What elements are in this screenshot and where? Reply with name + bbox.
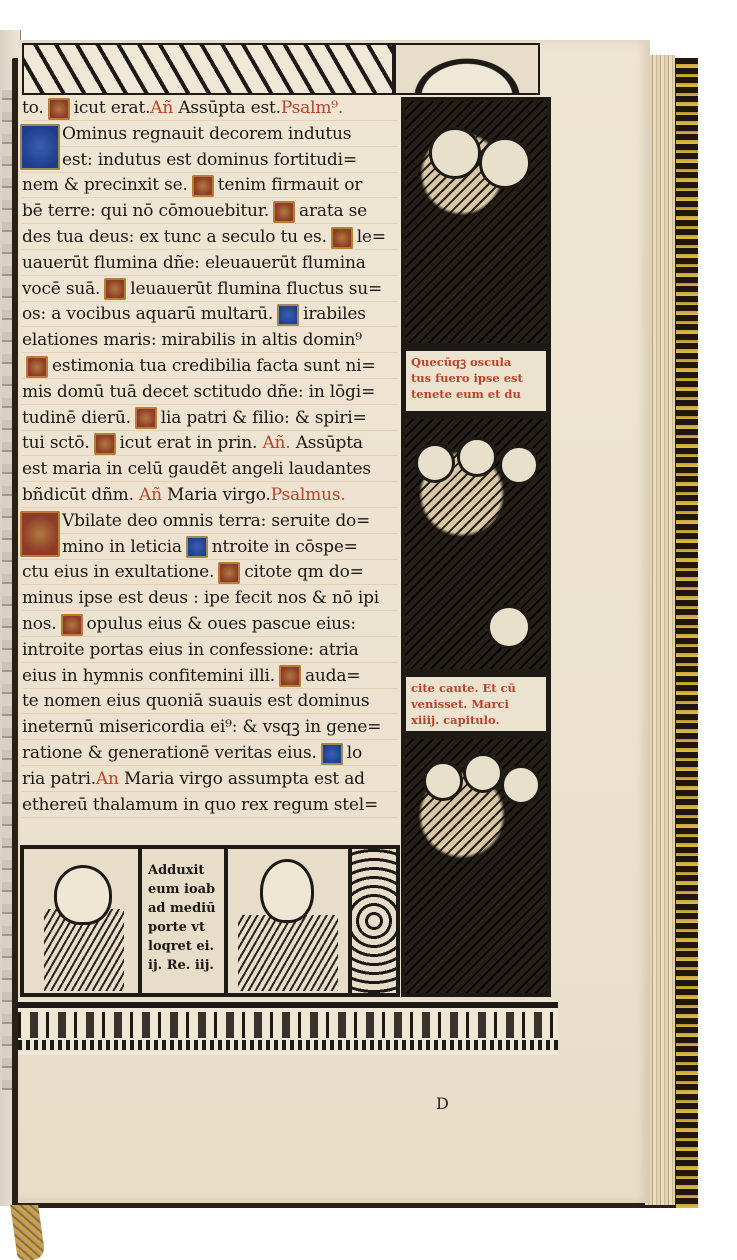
- caption-line: ad mediū: [148, 899, 220, 918]
- body-text: te nomen eius quoniā suauis est dominus: [22, 691, 369, 711]
- figure-head-icon: [501, 765, 541, 805]
- body-text: minus ipse est deus : ipe fecit nos & nō…: [22, 588, 379, 608]
- side-caption-1: Quecūqꝫ oscula tus fuero ipse est tenete…: [401, 347, 551, 415]
- caption-line: ij. Re. iij.: [148, 956, 220, 975]
- caption-line: tus fuero ipse est: [411, 370, 541, 386]
- illuminated-initial-blue-icon: [321, 743, 343, 765]
- body-text: mis domū tuā decet sctitudo dñe: in lōgi…: [22, 382, 375, 402]
- caption-line: eum ioab: [148, 880, 220, 899]
- rubric-text: Añ.: [257, 433, 290, 453]
- figure-head-icon: [415, 443, 455, 483]
- caption-line: porte vt: [148, 918, 220, 937]
- body-text: Maria virgo assumpta est ad: [119, 769, 365, 789]
- text-line: te nomen eius quoniā suauis est dominus: [22, 689, 398, 714]
- caption-line: Quecūqꝫ oscula: [411, 354, 541, 370]
- text-line: uauerūt flumina dñe: eleuauerūt flumina: [22, 251, 398, 276]
- body-text: os: a vocibus aquarū multarū.: [22, 304, 273, 324]
- body-text: ethereū thalamum in quo rex regum stel=: [22, 795, 378, 815]
- text-line: mino in leticiantroite in cōspe=: [22, 535, 398, 560]
- text-line: nos.opulus eius & oues pascue eius:: [22, 612, 398, 637]
- signature-mark: D: [436, 1094, 449, 1113]
- text-line: ethereū thalamum in quo rex regum stel=: [22, 793, 398, 818]
- illuminated-initial-red-icon: [331, 227, 353, 249]
- body-text: bñdicūt dñm.: [22, 485, 134, 505]
- body-text: icut erat in prin.: [120, 433, 258, 453]
- text-line: tudinē dierū.lia patri & filio: & spiri=: [22, 406, 398, 431]
- text-line: mis domū tuā decet sctitudo dñe: in lōgi…: [22, 380, 398, 405]
- text-line: bñdicūt dñm. Añ Maria virgo.Psalmus.: [22, 483, 398, 508]
- woodcut-crowd-scene: [401, 415, 551, 673]
- bottom-caption-box: Adduxit eum ioab ad mediū porte vt loqre…: [142, 849, 224, 993]
- body-text: tui sctō.: [22, 433, 90, 453]
- woodcut-betrayal-scene: [401, 97, 551, 347]
- text-line: ratione & generationē veritas eius.lo: [22, 741, 398, 766]
- border-bar: [18, 1002, 558, 1008]
- text-line: os: a vocibus aquarū multarū.irabiles: [22, 302, 398, 327]
- acanthus-ornament: [352, 849, 396, 993]
- body-text: estimonia tua credibilia facta sunt ni=: [52, 356, 375, 376]
- side-caption-2: cite caute. Et cū venisset. Marci xiiij.…: [401, 673, 551, 735]
- illuminated-initial-red-icon: [135, 407, 157, 429]
- text-line: nem & precinxit se.tenim firmauit or: [22, 173, 398, 198]
- caption-line: cite caute. Et cū: [411, 680, 541, 696]
- body-text: ineternū misericordia ei⁹: & vsqꝫ in gen…: [22, 717, 381, 737]
- bookmark-ribbon: [10, 1205, 46, 1260]
- figure-robe: [238, 915, 338, 991]
- body-text: lia patri & filio: & spiri=: [161, 408, 367, 428]
- rubric-text: Añ: [134, 485, 162, 505]
- text-line: tui sctō.icut erat in prin. Añ. Assūpta: [22, 431, 398, 456]
- body-text: Ominus regnauit decorem indutus: [62, 124, 351, 144]
- body-text: mino in leticia: [62, 537, 182, 557]
- text-line: estimonia tua credibilia facta sunt ni=: [22, 354, 398, 379]
- text-line: to.icut erat.Añ Assūpta est.Psalm⁹.: [22, 96, 398, 121]
- side-woodcut-column: Quecūqꝫ oscula tus fuero ipse est tenete…: [401, 97, 551, 997]
- text-line: elationes maris: mirabilis in altis domi…: [22, 328, 398, 353]
- text-line: est maria in celū gaudēt angeli laudante…: [22, 457, 398, 482]
- figure-head-icon: [499, 445, 539, 485]
- rubric-text: An: [96, 769, 119, 789]
- illuminated-initial-red-icon: [94, 433, 116, 455]
- text-line: ineternū misericordia ei⁹: & vsqꝫ in gen…: [22, 715, 398, 740]
- illuminated-initial-red-icon: [48, 98, 70, 120]
- body-text: est: indutus est dominus fortitudi=: [62, 150, 357, 170]
- body-text: Maria virgo.: [162, 485, 271, 505]
- woodcut-seated-figure: [228, 849, 348, 993]
- large-illuminated-initial-icon: [20, 511, 60, 557]
- text-line: ria patri.An Maria virgo assumpta est ad: [22, 767, 398, 792]
- body-text: vocē suā.: [22, 279, 100, 299]
- body-text: auda=: [305, 666, 360, 686]
- illuminated-initial-red-icon: [104, 278, 126, 300]
- body-text: elationes maris: mirabilis in altis domi…: [22, 330, 362, 350]
- illuminated-initial-red-icon: [218, 562, 240, 584]
- figure-head-icon: [487, 605, 531, 649]
- rubric-text: Añ: [150, 98, 173, 118]
- body-text: citote qm do=: [244, 562, 364, 582]
- text-line: minus ipse est deus : ipe fecit nos & nō…: [22, 586, 398, 611]
- figure-head-icon: [429, 127, 481, 179]
- text-line: introite portas eius in confessione: atr…: [22, 638, 398, 663]
- body-text: ria patri.: [22, 769, 96, 789]
- figure-head-icon: [457, 437, 497, 477]
- body-text: nem & precinxit se.: [22, 175, 188, 195]
- illuminated-initial-red-icon: [61, 614, 83, 636]
- body-text: des tua deus: ex tunc a seculo tu es.: [22, 227, 327, 247]
- woodcut-soldiers-scene: [401, 735, 551, 997]
- caption-line: Adduxit: [148, 861, 220, 880]
- body-text: irabiles: [303, 304, 366, 324]
- body-text: nos.: [22, 614, 57, 634]
- body-text: le=: [357, 227, 386, 247]
- body-text: Vbilate deo omnis terra: seruite do=: [62, 511, 370, 531]
- body-text: bē terre: qui nō cōmouebitur.: [22, 201, 269, 221]
- border-fringe: [18, 1040, 558, 1050]
- illuminated-initial-red-icon: [279, 665, 301, 687]
- foliage-ornament: [24, 45, 392, 93]
- body-text: est maria in celū gaudēt angeli laudante…: [22, 459, 371, 479]
- text-line: Ominus regnauit decorem indutus: [22, 122, 398, 147]
- text-line: vocē suā.leuauerūt flumina fluctus su=: [22, 277, 398, 302]
- body-text: icut erat.: [74, 98, 151, 118]
- caption-line: xiiij. capitulo.: [411, 712, 541, 728]
- illuminated-initial-blue-icon: [277, 304, 299, 326]
- figure-head-icon: [423, 761, 463, 801]
- woodcut-bottom-border: [18, 1000, 558, 1055]
- body-text: uauerūt flumina dñe: eleuauerūt flumina: [22, 253, 366, 273]
- body-text: leuauerūt flumina fluctus su=: [130, 279, 382, 299]
- figure-head-icon: [260, 859, 314, 923]
- caption-line: venisset. Marci: [411, 696, 541, 712]
- figure-head-icon: [479, 137, 531, 189]
- body-text: ratione & generationē veritas eius.: [22, 743, 317, 763]
- body-text: to.: [22, 98, 44, 118]
- caption-line: tenete eum et du: [411, 386, 541, 402]
- figure-head-icon: [54, 865, 112, 925]
- text-line: Vbilate deo omnis terra: seruite do=: [22, 509, 398, 534]
- border-arcade: [18, 1012, 558, 1038]
- text-line: est: indutus est dominus fortitudi=: [22, 148, 398, 173]
- rubric-text: Psalm⁹.: [281, 98, 343, 118]
- body-text: tudinē dierū.: [22, 408, 131, 428]
- illuminated-initial-blue-icon: [186, 536, 208, 558]
- body-text: introite portas eius in confessione: atr…: [22, 640, 359, 660]
- text-line: eius in hymnis confitemini illi.auda=: [22, 664, 398, 689]
- rubric-text: Psalmus.: [271, 485, 346, 505]
- body-text: opulus eius & oues pascue eius:: [87, 614, 356, 634]
- figure-head-icon: [463, 753, 503, 793]
- arch-ornament: [396, 45, 538, 93]
- body-text: ntroite in cōspe=: [212, 537, 358, 557]
- body-text: arata se: [299, 201, 367, 221]
- text-line: ctu eius in exultatione.citote qm do=: [22, 560, 398, 585]
- body-text: lo: [347, 743, 362, 763]
- woodcut-bottom-panel: Adduxit eum ioab ad mediū porte vt loqre…: [20, 845, 400, 997]
- text-line: bē terre: qui nō cōmouebitur.arata se: [22, 199, 398, 224]
- main-text-column: to.icut erat.Añ Assūpta est.Psalm⁹.Ominu…: [22, 96, 398, 836]
- body-text: Assūpta est.: [173, 98, 281, 118]
- gilt-tooled-edge: [676, 58, 698, 1208]
- text-line: des tua deus: ex tunc a seculo tu es.le=: [22, 225, 398, 250]
- illuminated-initial-red-icon: [192, 175, 214, 197]
- body-text: ctu eius in exultatione.: [22, 562, 214, 582]
- body-text: eius in hymnis confitemini illi.: [22, 666, 275, 686]
- illuminated-initial-red-icon: [273, 201, 295, 223]
- woodcut-top-border: [22, 43, 540, 95]
- illuminated-initial-red-icon: [26, 356, 48, 378]
- woodcut-turbaned-figure: [24, 849, 138, 993]
- body-text: tenim firmauit or: [218, 175, 363, 195]
- body-text: Assūpta: [290, 433, 362, 453]
- large-illuminated-initial-icon: [20, 124, 60, 170]
- caption-line: loqret ei.: [148, 937, 220, 956]
